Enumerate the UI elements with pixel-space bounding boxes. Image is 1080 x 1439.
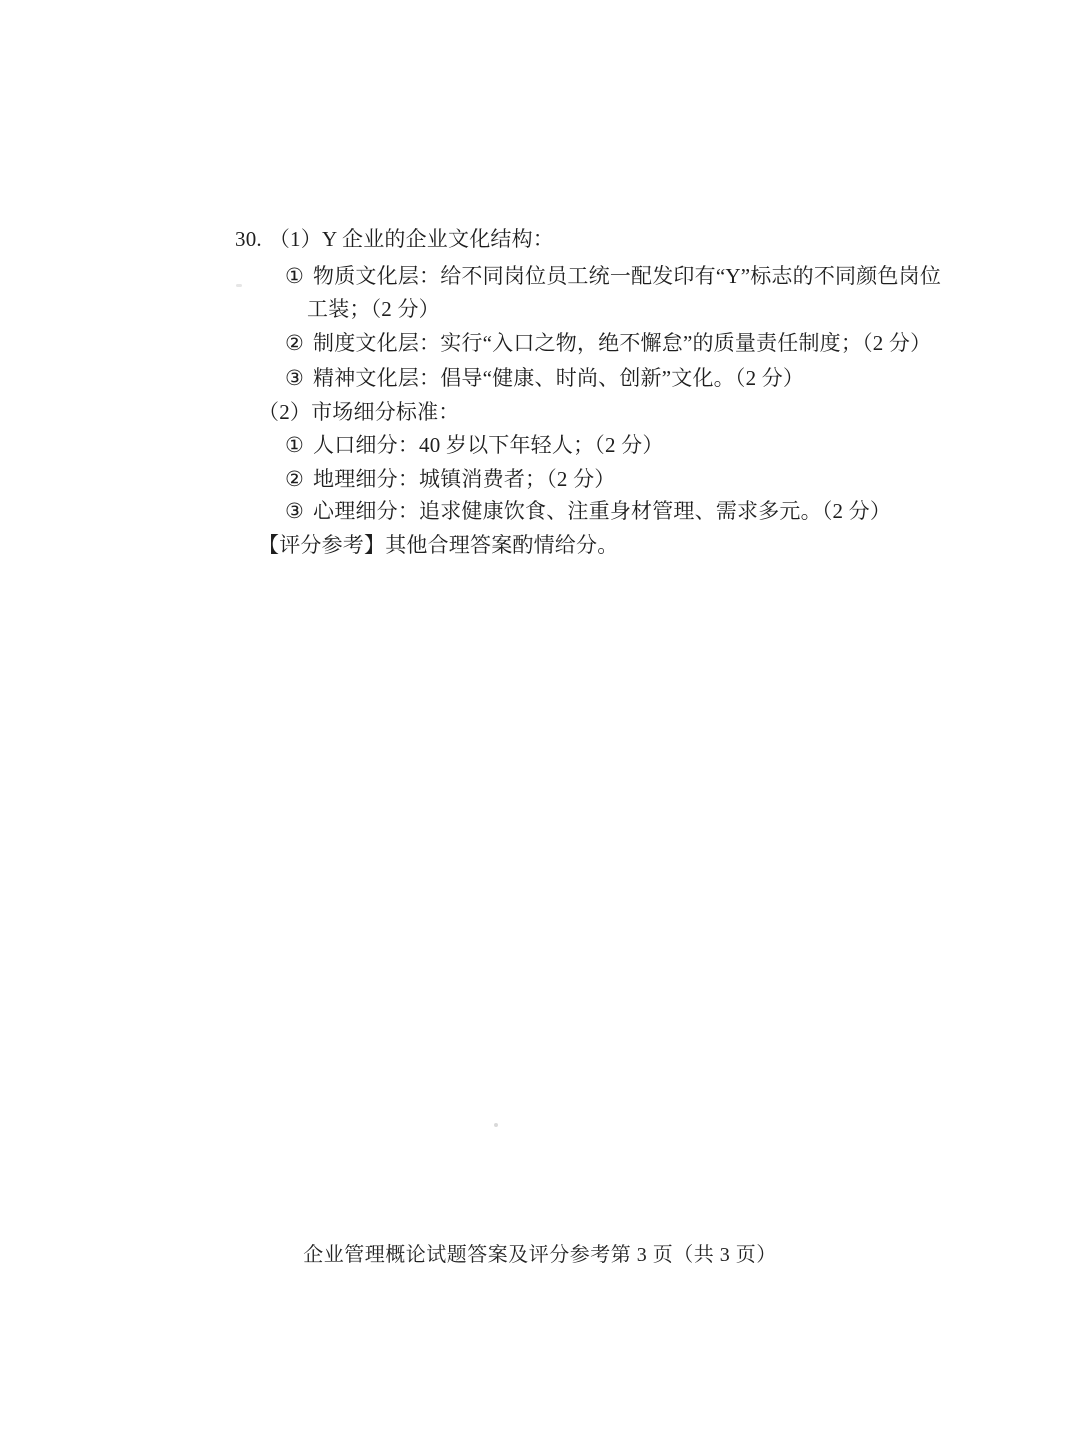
circled-3-marker: ③	[285, 365, 304, 391]
circled-3-marker: ③	[285, 498, 304, 524]
part1-item2-line: ②制度文化层：实行“入口之物，绝不懈怠”的质量责任制度；（2 分）	[285, 330, 931, 356]
part1-item3-line: ③精神文化层：倡导“健康、时尚、创新”文化。（2 分）	[285, 365, 804, 391]
part2-item2-text: 地理细分：城镇消费者；（2 分）	[313, 467, 615, 491]
part1-item2-text: 制度文化层：实行“入口之物，绝不懈怠”的质量责任制度；（2 分）	[313, 331, 931, 355]
circled-1-marker: ①	[285, 432, 304, 458]
scan-smudge	[236, 284, 242, 287]
part2-item1-line: ①人口细分：40 岁以下年轻人；（2 分）	[285, 432, 664, 458]
part1-heading: （1）Y 企业的企业文化结构：	[269, 227, 554, 251]
part1-item1-continuation: 工装；（2 分）	[307, 297, 440, 321]
scanned-answer-page: 30.（1）Y 企业的企业文化结构： ①物质文化层：给不同岗位员工统一配发印有“…	[0, 0, 1080, 1439]
part2-item1-text: 人口细分：40 岁以下年轻人；（2 分）	[313, 433, 664, 457]
circled-1-marker: ①	[285, 263, 304, 289]
part2-item3-text: 心理细分：追求健康饮食、注重身材管理、需求多元。（2 分）	[313, 499, 891, 523]
part2-item3-line: ③心理细分：追求健康饮食、注重身材管理、需求多元。（2 分）	[285, 498, 891, 524]
question-30-heading: 30.（1）Y 企业的企业文化结构：	[235, 226, 554, 252]
circled-2-marker: ②	[285, 466, 304, 492]
part1-item1-text: 物质文化层：给不同岗位员工统一配发印有“Y”标志的不同颜色岗位	[313, 264, 941, 288]
page-footer: 企业管理概论试题答案及评分参考第 3 页（共 3 页）	[0, 1238, 1080, 1267]
part1-item3-text: 精神文化层：倡导“健康、时尚、创新”文化。（2 分）	[313, 366, 804, 390]
part2-heading: （2）市场细分标准：	[258, 399, 460, 425]
scoring-note-text: 【评分参考】其他合理答案酌情给分。	[258, 533, 618, 557]
circled-2-marker: ②	[285, 330, 304, 356]
page-footer-text: 企业管理概论试题答案及评分参考第 3 页（共 3 页）	[303, 1244, 777, 1266]
scan-speck	[494, 1123, 498, 1127]
part2-item2-line: ②地理细分：城镇消费者；（2 分）	[285, 466, 615, 492]
question-number: 30.	[235, 226, 262, 252]
part1-item1-line1: ①物质文化层：给不同岗位员工统一配发印有“Y”标志的不同颜色岗位	[285, 263, 941, 289]
part1-item1-line2: 工装；（2 分）	[307, 296, 440, 322]
scoring-note: 【评分参考】其他合理答案酌情给分。	[258, 532, 618, 558]
part2-heading-text: （2）市场细分标准：	[258, 400, 460, 424]
